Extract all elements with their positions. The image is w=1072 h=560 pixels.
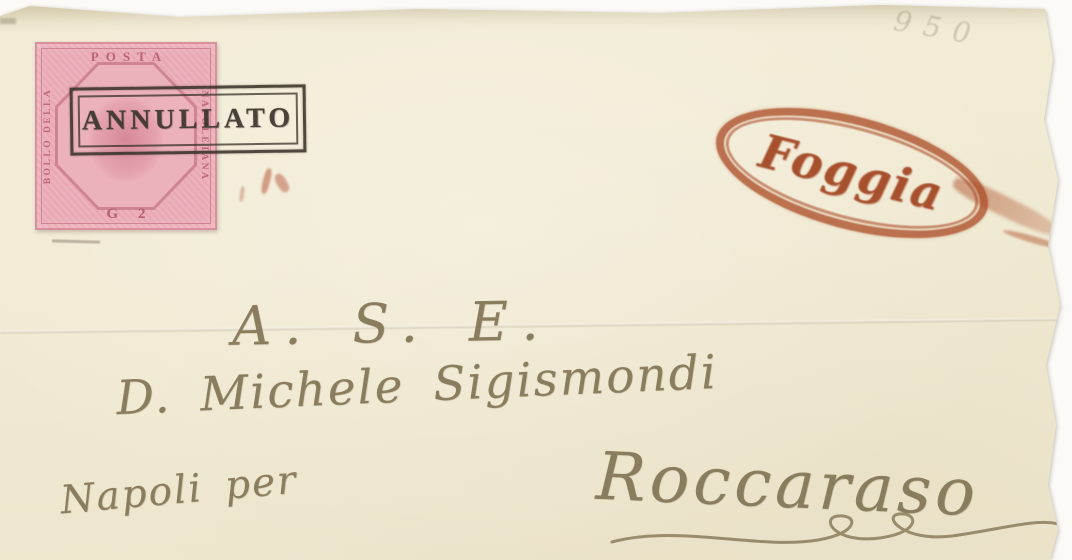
annullato-cancellation: ANNULLATO bbox=[70, 84, 307, 155]
address-recipient: D. Michele Sigismondi bbox=[115, 345, 719, 426]
handwriting-flourish bbox=[608, 498, 1070, 560]
stamp-top-inscription: POSTA bbox=[35, 49, 217, 65]
postmark-ink-smear-tail bbox=[1002, 228, 1064, 252]
address-origin: Napoli per bbox=[58, 458, 299, 524]
envelope-wrapper: POSTA BOLLO DELLA NAPOLETANA G 2 ANNULLA… bbox=[0, 0, 1072, 560]
mark-under-stamp bbox=[52, 239, 100, 243]
envelope: POSTA BOLLO DELLA NAPOLETANA G 2 ANNULLA… bbox=[0, 0, 1072, 560]
postmark-text: Foggia bbox=[703, 85, 1002, 261]
foggia-postmark: Foggia bbox=[702, 83, 1001, 264]
stamp-left-inscription: BOLLO DELLA bbox=[43, 88, 53, 184]
red-ink-smudge bbox=[273, 172, 292, 194]
red-ink-smudge bbox=[239, 186, 245, 202]
red-ink-smudge bbox=[260, 168, 273, 195]
scanned-postal-cover: POSTA BOLLO DELLA NAPOLETANA G 2 ANNULLA… bbox=[0, 0, 1072, 560]
left-edge-mark bbox=[0, 18, 16, 24]
cancellation-text: ANNULLATO bbox=[82, 103, 295, 138]
address-salutation: A. S. E. bbox=[231, 289, 551, 358]
stamp-value-inscription: G 2 bbox=[35, 206, 217, 223]
